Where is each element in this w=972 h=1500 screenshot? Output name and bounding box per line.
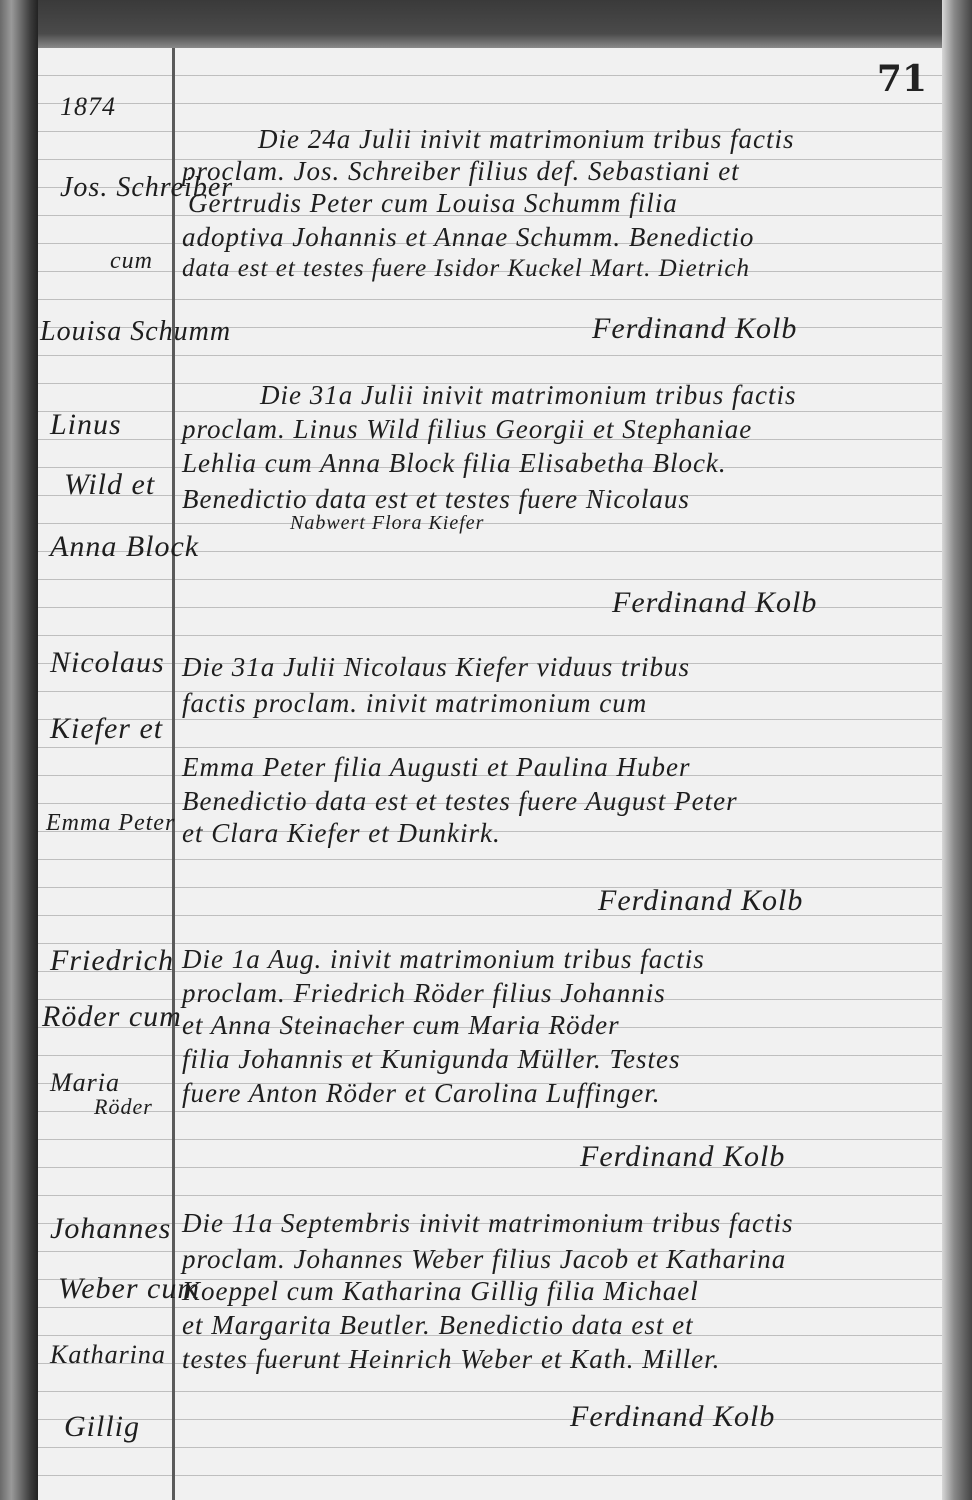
entry-text-line: Lehlia cum Anna Block filia Elisabetha B… (182, 448, 727, 479)
entry-text-line: Die 11a Septembris inivit matrimonium tr… (182, 1208, 793, 1239)
entry-text-line: fuere Anton Röder et Carolina Luffinger. (182, 1078, 661, 1109)
entry-text-line: testes fuerunt Heinrich Weber et Kath. M… (182, 1344, 720, 1375)
margin-name: Weber cum (58, 1272, 200, 1306)
entry-text-line: data est et testes fuere Isidor Kuckel M… (182, 255, 750, 283)
margin-name: Louisa Schumm (40, 316, 231, 348)
entry-text-line: proclam. Friedrich Röder filius Johannis (182, 978, 666, 1009)
margin-name: Kiefer et (50, 712, 163, 746)
entry-text-line: Benedictio data est et testes fuere Nico… (182, 484, 690, 515)
entry-text-line: et Margarita Beutler. Benedictio data es… (182, 1310, 694, 1341)
entry-text-line: Die 24a Julii inivit matrimonium tribus … (258, 124, 794, 155)
page-right-edge (942, 0, 972, 1500)
priest-signature: Ferdinand Kolb (592, 312, 797, 346)
entry-text-line: proclam. Linus Wild filius Georgii et St… (182, 414, 752, 445)
entry-text-line: et Clara Kiefer et Dunkirk. (182, 818, 501, 849)
entry-text-line: Gertrudis Peter cum Louisa Schumm filia (188, 188, 678, 219)
entry-text-line: proclam. Jos. Schreiber filius def. Seba… (182, 156, 740, 187)
page-number: 71 (877, 58, 927, 100)
margin-name: cum (110, 248, 153, 275)
entry-text-line: Die 31a Julii inivit matrimonium tribus … (260, 380, 796, 411)
entry-text-line: Emma Peter filia Augusti et Paulina Hube… (182, 752, 690, 783)
margin-name: Wild et (64, 468, 155, 502)
entry-text-line: proclam. Johannes Weber filius Jacob et … (182, 1244, 786, 1275)
margin-name: Emma Peter (46, 810, 175, 837)
margin-name: Röder (94, 1094, 153, 1120)
entry-text-line: et Anna Steinacher cum Maria Röder (182, 1010, 620, 1041)
scan-top-shadow (0, 0, 972, 48)
entry-text-line: Die 1a Aug. inivit matrimonium tribus fa… (182, 944, 705, 975)
entry-text-line: Nabwert Flora Kiefer (290, 512, 484, 535)
priest-signature: Ferdinand Kolb (612, 586, 817, 620)
entry-text-line: Benedictio data est et testes fuere Augu… (182, 786, 738, 817)
margin-name: Johannes (50, 1212, 171, 1246)
entry-year: 1874 (60, 92, 116, 122)
entry-text-line: Die 31a Julii Nicolaus Kiefer viduus tri… (182, 652, 690, 683)
margin-name: Röder cum (42, 1000, 182, 1034)
priest-signature: Ferdinand Kolb (570, 1400, 775, 1434)
entry-text-line: adoptiva Johannis et Annae Schumm. Bened… (182, 222, 754, 253)
entry-text-line: Koeppel cum Katharina Gillig filia Micha… (182, 1276, 699, 1307)
margin-name: Anna Block (50, 530, 199, 564)
ledger-page: 71 1874 Jos. Schreiber cum Louisa Schumm… (0, 0, 972, 1500)
entry-text-line: factis proclam. inivit matrimonium cum (182, 688, 647, 719)
priest-signature: Ferdinand Kolb (580, 1140, 785, 1174)
margin-name: Linus (50, 408, 122, 442)
priest-signature: Ferdinand Kolb (598, 884, 803, 918)
margin-name: Katharina (50, 1340, 166, 1370)
entry-text-line: filia Johannis et Kunigunda Müller. Test… (182, 1044, 681, 1075)
margin-name: Friedrich (50, 944, 174, 978)
binding-edge (0, 0, 38, 1500)
margin-name: Nicolaus (50, 646, 165, 680)
margin-name: Gillig (64, 1410, 140, 1444)
